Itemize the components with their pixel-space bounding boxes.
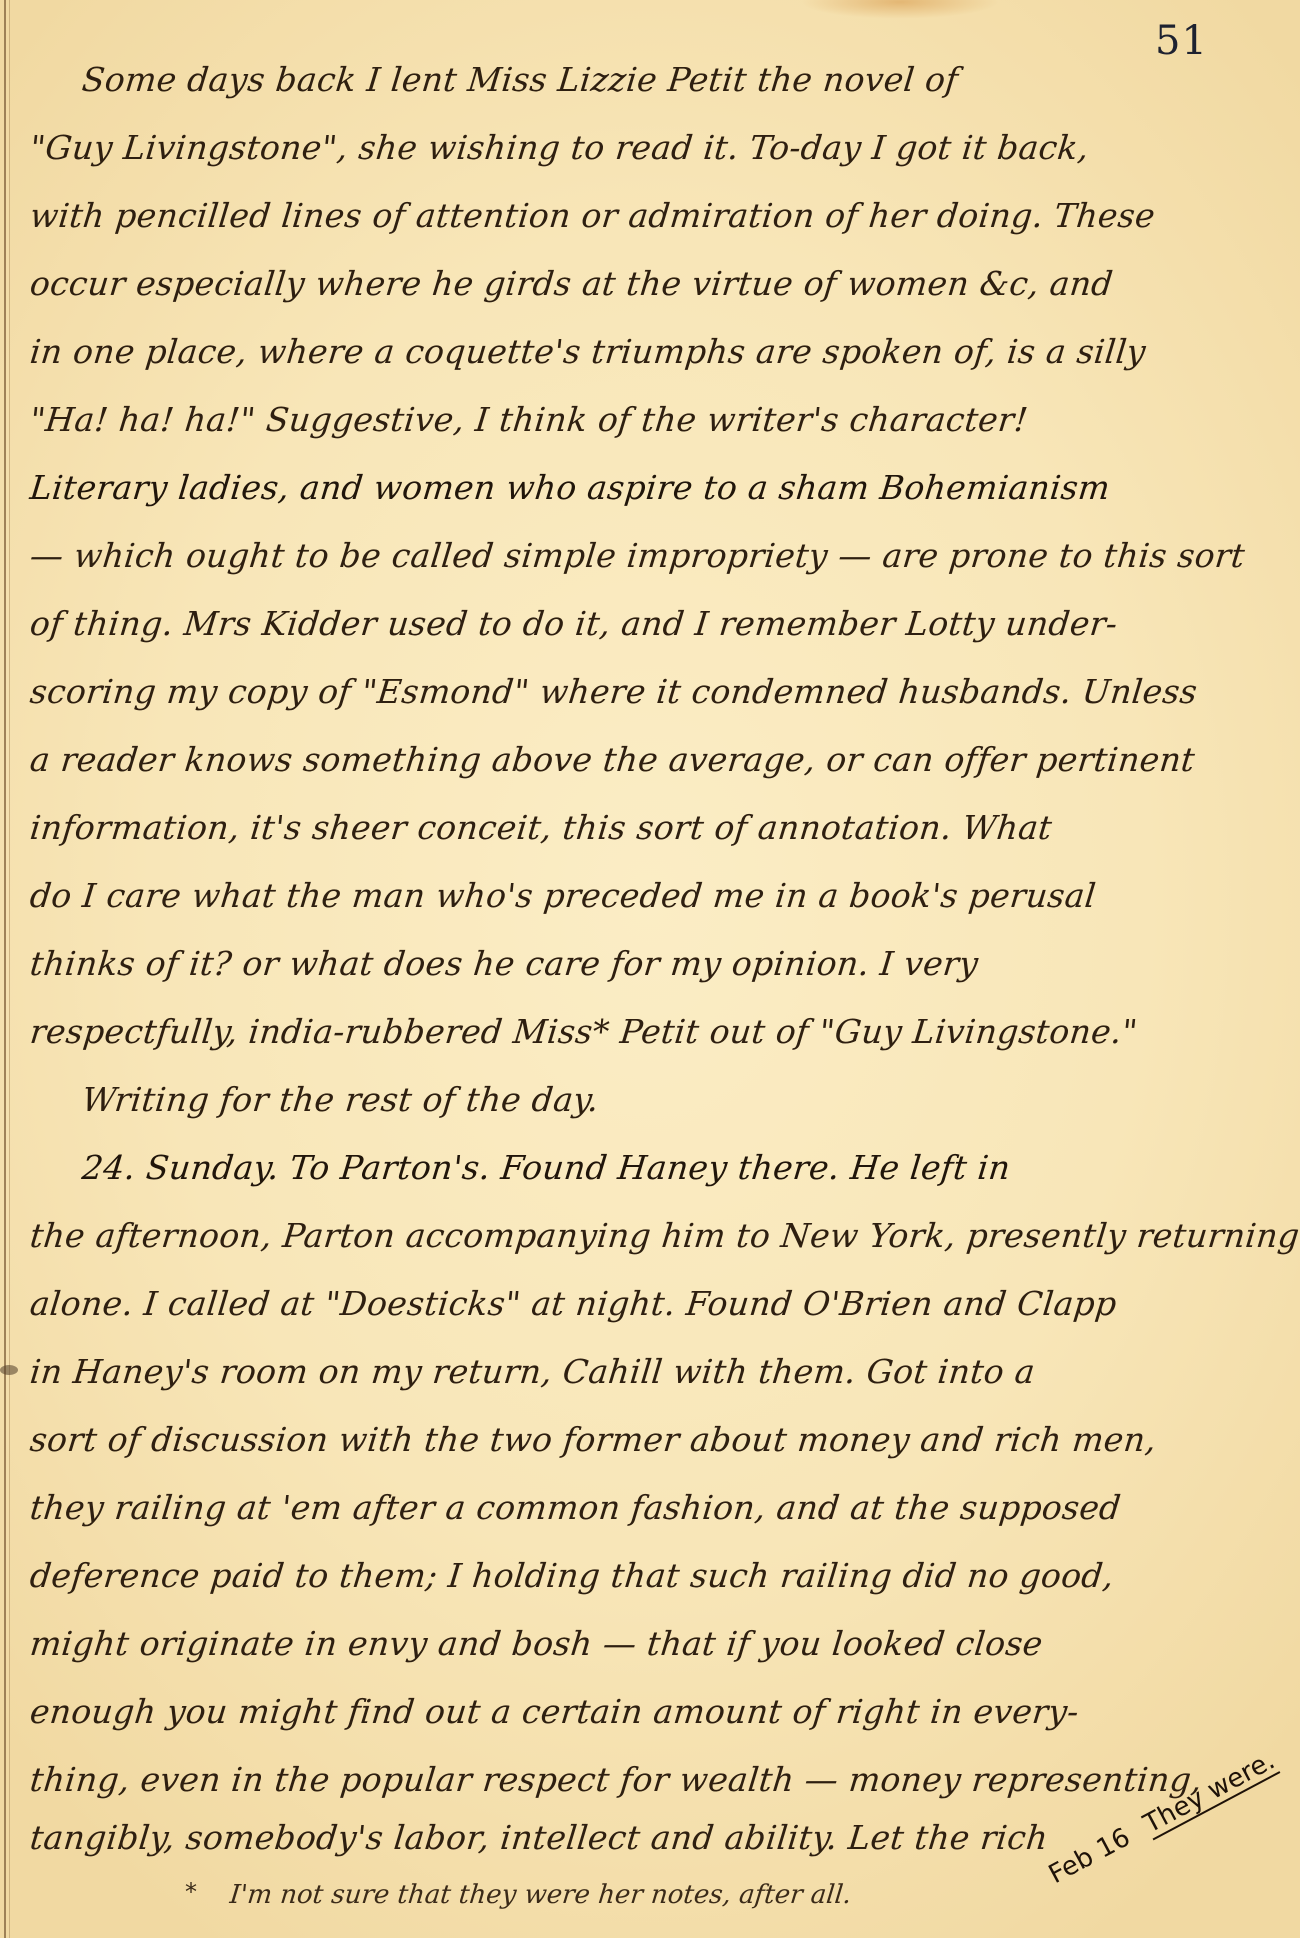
manuscript-line: in Haney's room on my return, Cahill wit… [28, 1352, 1282, 1392]
manuscript-line-underlined: occur especially where he girds at the v… [28, 264, 1282, 304]
manuscript-line: enough you might find out a certain amou… [28, 1692, 1282, 1732]
manuscript-line: — which ought to be called simple improp… [28, 536, 1282, 576]
manuscript-line: Some days back I lent Miss Lizzie Petit … [80, 60, 1300, 100]
ink-smudge [0, 1365, 18, 1375]
manuscript-page: 51 Some days back I lent Miss Lizzie Pet… [0, 0, 1300, 1938]
manuscript-line: "Ha! ha! ha!" Suggestive, I think of the… [28, 400, 1282, 440]
manuscript-line: a reader knows something above the avera… [28, 740, 1282, 780]
manuscript-line-underlined: sort of discussion with the two former a… [28, 1420, 1282, 1460]
diary-entry-heading: 24. Sunday. To Parton's. Found Haney the… [80, 1148, 1300, 1188]
manuscript-line: do I care what the man who's preceded me… [28, 876, 1282, 916]
footnote: I'm not sure that they were her notes, a… [228, 1880, 852, 1910]
manuscript-line: alone. I called at "Doesticks" at night.… [28, 1284, 1282, 1324]
manuscript-line: Literary ladies, and women who aspire to… [28, 468, 1282, 508]
manuscript-line: Writing for the rest of the day. [80, 1080, 1300, 1120]
binding-margin-rule [4, 0, 6, 1938]
footnote-mark: * [185, 1878, 197, 1906]
manuscript-line: they railing at 'em after a common fashi… [28, 1488, 1282, 1528]
manuscript-line: of thing. Mrs Kidder used to do it, and … [28, 604, 1282, 644]
manuscript-line: thing, even in the popular respect for w… [28, 1760, 1282, 1800]
manuscript-line: with pencilled lines of attention or adm… [28, 196, 1282, 236]
page-number: 51 [1155, 18, 1208, 64]
manuscript-line: the afternoon, Parton accompanying him t… [28, 1216, 1282, 1256]
manuscript-line: respectfully, india-rubbered Miss* Petit… [28, 1012, 1282, 1052]
manuscript-line: "Guy Livingstone", she wishing to read i… [28, 128, 1282, 168]
manuscript-line: deference paid to them; I holding that s… [28, 1556, 1282, 1596]
manuscript-line-underlined: scoring my copy of "Esmond" where it con… [28, 672, 1282, 712]
manuscript-line: thinks of it? or what does he care for m… [28, 944, 1282, 984]
binding-margin-rule-inner [9, 0, 10, 1938]
manuscript-line: might originate in envy and bosh — that … [28, 1624, 1282, 1664]
manuscript-line: in one place, where a coquette's triumph… [28, 332, 1282, 372]
manuscript-line: information, it's sheer conceit, this so… [28, 808, 1282, 848]
